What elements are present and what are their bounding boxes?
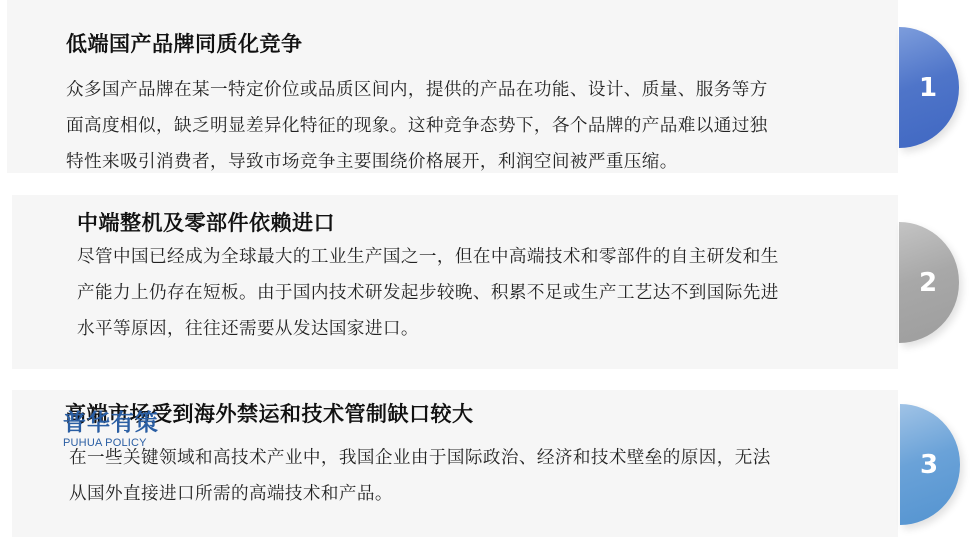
body-line: 尽管中国已经成为全球最大的工业生产国之一，但在中高端技术和零部件的自主研发和生 xyxy=(77,239,877,275)
card-title: 高端市场受到海外禁运和技术管制缺口较大 xyxy=(65,398,474,428)
card-low-end: 低端国产品牌同质化竞争 众多国产品牌在某一特定价位或品质区间内，提供的产品在功能… xyxy=(7,0,898,173)
badge-number: 2 xyxy=(919,268,937,298)
body-line: 产能力上仍存在短板。由于国内技术研发起步较晚、积累不足或生产工艺达不到国际先进 xyxy=(77,275,877,311)
body-line: 特性来吸引消费者，导致市场竞争主要围绕价格展开，利润空间被严重压缩。 xyxy=(66,144,866,180)
number-badge-3: 3 xyxy=(900,404,960,525)
card-title: 低端国产品牌同质化竞争 xyxy=(66,28,303,58)
number-badge-2: 2 xyxy=(899,222,959,343)
badge-number: 3 xyxy=(920,450,938,480)
card-body: 在一些关键领域和高技术产业中，我国企业由于国际政治、经济和技术壁垒的原因，无法 … xyxy=(69,440,869,512)
body-line: 众多国产品牌在某一特定价位或品质区间内，提供的产品在功能、设计、质量、服务等方 xyxy=(66,72,866,108)
body-line: 从国外直接进口所需的高端技术和产品。 xyxy=(69,476,869,512)
card-title: 中端整机及零部件依赖进口 xyxy=(77,207,335,237)
number-badge-1: 1 xyxy=(899,27,959,148)
body-line: 在一些关键领域和高技术产业中，我国企业由于国际政治、经济和技术壁垒的原因，无法 xyxy=(69,440,869,476)
card-high-end: 高端市场受到海外禁运和技术管制缺口较大 在一些关键领域和高技术产业中，我国企业由… xyxy=(12,390,898,537)
body-line: 面高度相似，缺乏明显差异化特征的现象。这种竞争态势下，各个品牌的产品难以通过独 xyxy=(66,108,866,144)
body-line: 水平等原因，往往还需要从发达国家进口。 xyxy=(77,311,877,347)
card-body: 众多国产品牌在某一特定价位或品质区间内，提供的产品在功能、设计、质量、服务等方 … xyxy=(66,72,866,180)
badge-number: 1 xyxy=(919,73,937,103)
card-body: 尽管中国已经成为全球最大的工业生产国之一，但在中高端技术和零部件的自主研发和生 … xyxy=(77,239,877,347)
card-mid-end: 中端整机及零部件依赖进口 尽管中国已经成为全球最大的工业生产国之一，但在中高端技… xyxy=(12,195,898,369)
